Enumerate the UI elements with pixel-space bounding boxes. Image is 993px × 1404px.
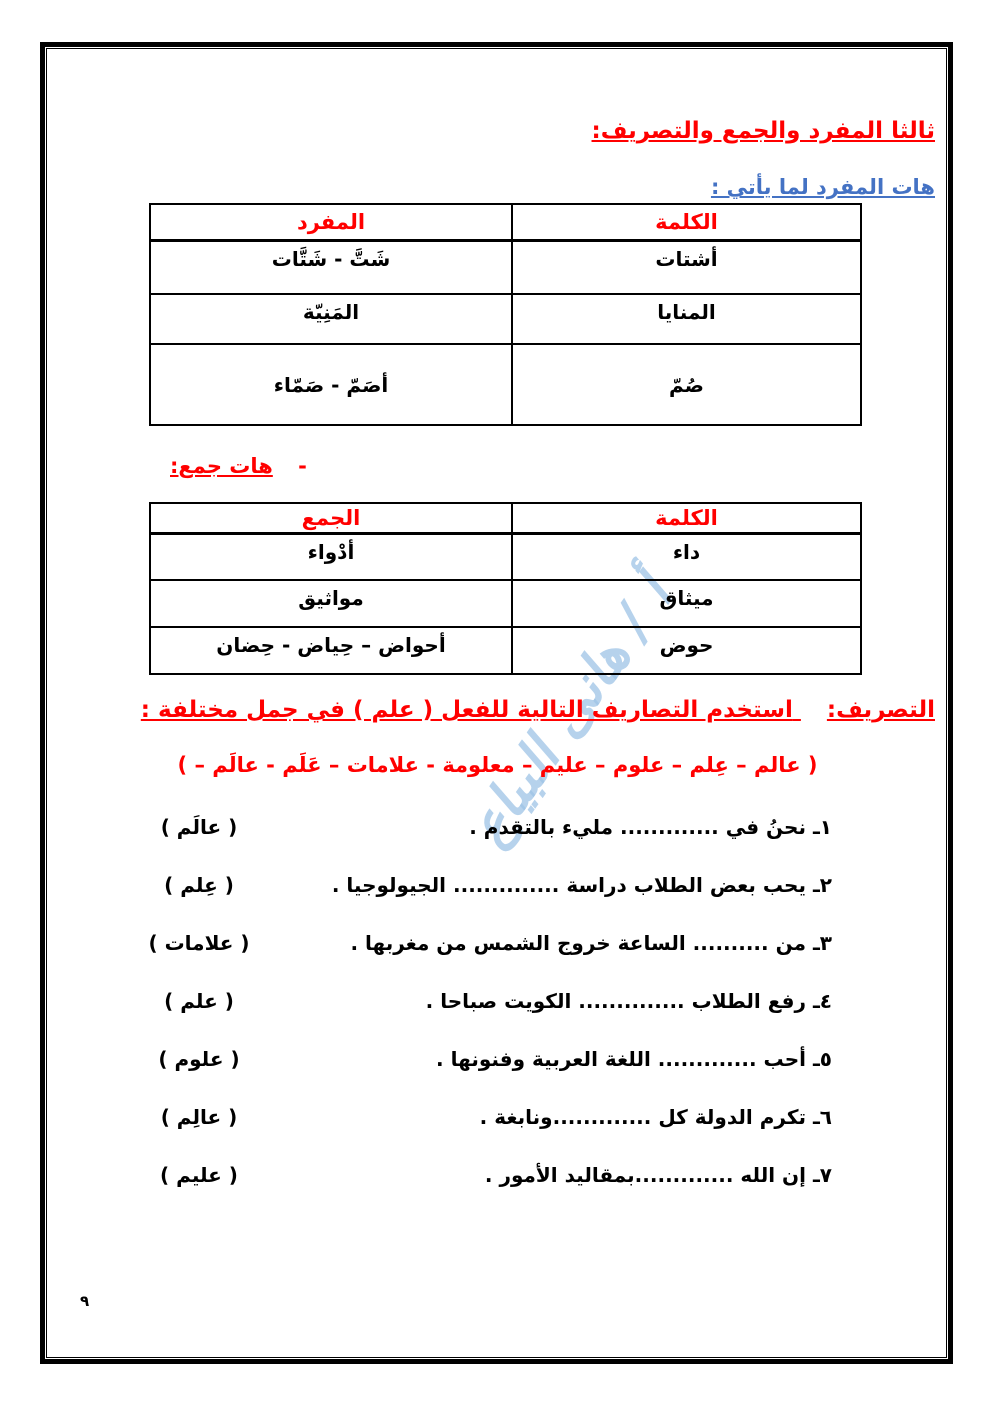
word-cell: ميثاق [512, 580, 861, 627]
answer-cell: أصَمّ - صَمّاء [150, 344, 512, 425]
header-plural: الجمع [150, 503, 512, 533]
exercise-item-3: ٣ـ من .......... الساعة خروج الشمس من مغ… [60, 931, 935, 965]
singular-prompt-heading: هات المفرد لما يأتي : [60, 175, 935, 199]
conjugation-heading: التصريف: استخدم التصاريف التالية للفعل (… [84, 697, 935, 723]
word-cell: المنايا [512, 294, 861, 344]
exercise-item-5: ٥ـ أحب ............. اللغة العربية وفنون… [60, 1047, 935, 1081]
table-row: ميثاق مواثيق [150, 580, 861, 627]
page-number: ٩ [80, 1292, 89, 1310]
conjugation-label: التصريف: [827, 697, 935, 723]
table-row: حوض أحواض – حِياض - حِضان [150, 627, 861, 674]
item-answer: ( علم ) [123, 989, 275, 1013]
answer-cell: أحواض – حِياض - حِضان [150, 627, 512, 674]
item-sentence: ٧ـ إن الله .............بمقاليد الأمور . [485, 1163, 832, 1187]
table-row: المنايا المَنِيّة [150, 294, 861, 344]
conjugation-instruction: استخدم التصاريف التالية للفعل ( علم ) في… [141, 697, 793, 723]
table-row: صُمّ أصَمّ - صَمّاء [150, 344, 861, 425]
item-sentence: ٥ـ أحب ............. اللغة العربية وفنون… [436, 1047, 832, 1071]
item-sentence: ٦ـ تكرم الدولة كل .............ونابغة . [480, 1105, 832, 1129]
exercise-item-2: ٢ـ يحب بعض الطلاب دراسة .............. ا… [60, 873, 935, 907]
table-row: أشتات شَتَّ - شَتَّات [150, 240, 861, 294]
word-cell: أشتات [512, 240, 861, 294]
item-answer: ( علوم ) [123, 1047, 275, 1071]
word-cell: حوض [512, 627, 861, 674]
item-answer: ( عالِم ) [123, 1105, 275, 1129]
exercise-item-4: ٤ـ رفع الطلاب .............. الكويت صباح… [60, 989, 935, 1023]
answer-cell: أدْواء [150, 533, 512, 580]
word-bank: ( عالم – عِلم – علوم – عليم – معلومة - ع… [60, 753, 935, 777]
item-answer: ( علامات ) [123, 931, 275, 955]
header-singular: المفرد [150, 204, 512, 240]
exercise-item-6: ٦ـ تكرم الدولة كل .............ونابغة . … [60, 1105, 935, 1139]
item-answer: ( عِلم ) [123, 873, 275, 897]
item-answer: ( عالَم ) [123, 815, 275, 839]
header-word: الكلمة [512, 204, 861, 240]
table-row: داء أدْواء [150, 533, 861, 580]
word-cell: صُمّ [512, 344, 861, 425]
plural-table: الكلمة الجمع داء أدْواء ميثاق مواثيق حوض… [149, 502, 862, 675]
answer-cell: المَنِيّة [150, 294, 512, 344]
singular-table: الكلمة المفرد أشتات شَتَّ - شَتَّات المن… [149, 203, 862, 426]
item-sentence: ٢ـ يحب بعض الطلاب دراسة .............. ا… [332, 873, 832, 897]
page-content: ثالثا المفرد والجمع والتصريف: هات المفرد… [60, 48, 935, 1348]
plural-prompt-text: هات جمع: [170, 454, 273, 478]
exercise-item-7: ٧ـ إن الله .............بمقاليد الأمور .… [60, 1163, 935, 1197]
header-word: الكلمة [512, 503, 861, 533]
exercise-items: ١ـ نحنُ في ............. مليء بالتقدم . … [60, 815, 935, 1197]
word-cell: داء [512, 533, 861, 580]
table-header-row: الكلمة المفرد [150, 204, 861, 240]
answer-cell: شَتَّ - شَتَّات [150, 240, 512, 294]
item-sentence: ٤ـ رفع الطلاب .............. الكويت صباح… [426, 989, 832, 1013]
table-header-row: الكلمة الجمع [150, 503, 861, 533]
main-heading: ثالثا المفرد والجمع والتصريف: [60, 118, 935, 144]
item-answer: ( عليم ) [123, 1163, 275, 1187]
item-sentence: ١ـ نحنُ في ............. مليء بالتقدم . [469, 815, 832, 839]
answer-cell: مواثيق [150, 580, 512, 627]
item-sentence: ٣ـ من .......... الساعة خروج الشمس من مغ… [350, 931, 832, 955]
list-dash: - [298, 454, 307, 478]
worksheet-page: أ / هانى البياع ثالثا المفرد والجمع والت… [0, 0, 993, 1404]
exercise-item-1: ١ـ نحنُ في ............. مليء بالتقدم . … [60, 815, 935, 849]
plural-prompt-heading: - هات جمع: [170, 454, 935, 478]
